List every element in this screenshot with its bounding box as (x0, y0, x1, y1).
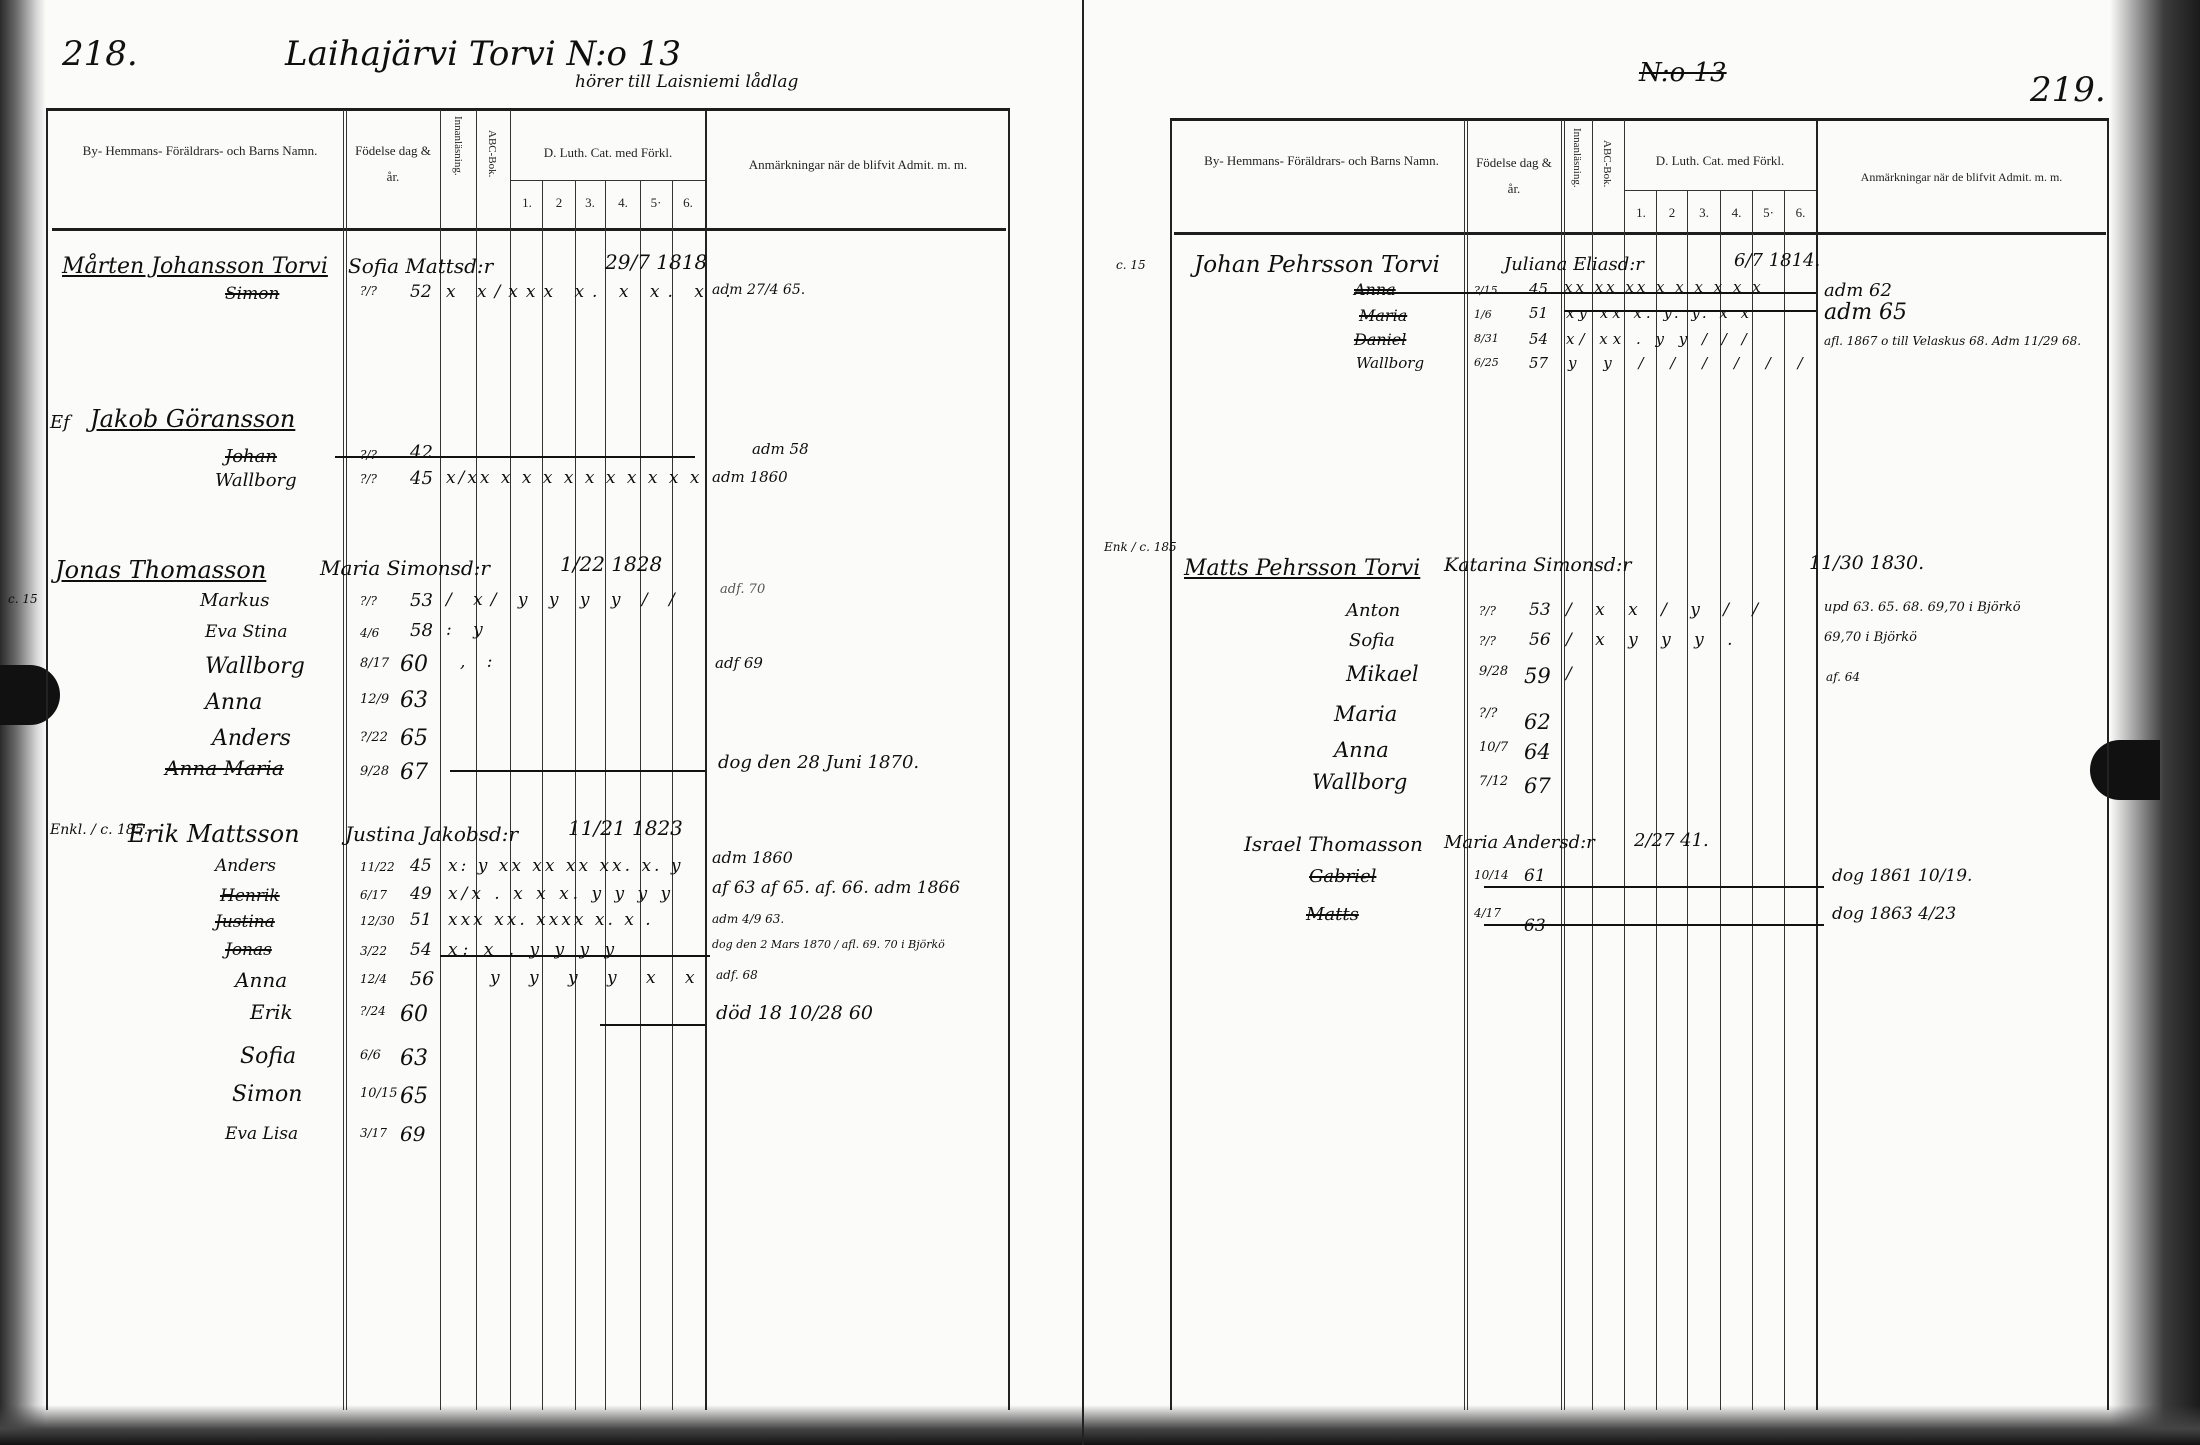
member-name: Maria (1334, 702, 1397, 726)
col-divider (605, 180, 606, 1410)
member-marks: y y y y x x (490, 968, 707, 988)
col-divider (705, 110, 707, 1410)
spouse-name: Juliana Eliasd:r (1504, 254, 1644, 275)
cat-part-6: 6. (673, 190, 703, 216)
col-header-birth: Födelse dag & år. (348, 138, 438, 190)
member-remark: adf. 68 (716, 968, 758, 982)
family-head: Israel Thomasson (1244, 832, 1423, 856)
member-birth-year: 65 (400, 1084, 428, 1109)
page-subtitle: hörer till Laisniemi lådlag (575, 72, 798, 92)
spouse-name: Maria Andersd:r (1444, 832, 1595, 853)
member-birth-year: 53 (1529, 600, 1551, 620)
col-header-name: By- Hemmans- Föräldrars- och Barns Namn. (1184, 148, 1459, 174)
col-header-name: By- Hemmans- Föräldrars- och Barns Namn. (60, 138, 340, 164)
col-header-abc: ABC-Bok. (486, 130, 498, 177)
member-remark: dog 1863 4/23 (1832, 904, 1956, 924)
member-birth-year: 45 (410, 468, 433, 489)
member-name: Anna (235, 968, 287, 992)
member-birth-day: ?/? (360, 472, 377, 486)
member-birth-year: 53 (410, 590, 433, 611)
member-marks: / x y y y . (1566, 630, 1742, 650)
member-name: Daniel (1354, 330, 1406, 349)
member-marks: x/ xx . y y / / / (1566, 330, 1752, 348)
member-name: Simon (225, 284, 279, 304)
member-birth-day: 12/4 (360, 972, 387, 986)
col-divider (1784, 190, 1785, 1410)
cat-part-6: 6. (1785, 200, 1816, 226)
member-birth-year: 67 (1524, 774, 1551, 798)
cat-part-4: 4. (607, 190, 639, 216)
member-remark: af. 64 (1826, 670, 1860, 684)
member-name: Wallborg (1356, 354, 1424, 372)
member-name: Henrik (220, 886, 280, 906)
member-name: Wallborg (215, 470, 297, 491)
member-birth-day: 6/17 (360, 888, 387, 902)
cat-part-3: 3. (576, 190, 604, 216)
col-divider (640, 180, 641, 1410)
member-birth-day: 4/17 (1474, 906, 1501, 920)
member-name: Anders (215, 856, 276, 876)
member-marks: : y (446, 620, 491, 640)
member-name: Sofia (1349, 630, 1395, 651)
family-head: Matts Pehrsson Torvi (1184, 556, 1420, 581)
header-top-rule (46, 108, 1010, 111)
member-name: Anna (1354, 280, 1396, 299)
member-birth-year: 56 (410, 968, 434, 990)
member-birth-year: 63 (1524, 916, 1546, 936)
member-birth-day: ?/22 (360, 730, 388, 745)
spouse-birth: 11/30 1830. (1809, 552, 1924, 574)
member-birth-year: 57 (1529, 354, 1548, 372)
margin-note: c. 15 (8, 592, 38, 606)
col-header-remarks: Anmärkningar när de blifvit Admit. m. m. (1819, 164, 2104, 190)
cat-part-5: 5· (1753, 200, 1784, 226)
member-name: Anton (1346, 600, 1400, 621)
member-birth-year: 45 (410, 856, 432, 876)
member-marks: x: y xx xx xx xx. x. y (448, 856, 683, 876)
member-remark: adm 65 (1824, 300, 1907, 325)
member-remark: adf 69 (715, 654, 763, 672)
member-birth-day: 1/6 (1474, 308, 1492, 321)
member-marks: x/x . x x x. y y y y (448, 884, 674, 904)
col-divider (346, 110, 347, 1410)
catechism-subrule (510, 180, 705, 181)
col-divider (440, 110, 441, 1410)
col-divider (476, 110, 477, 1410)
member-birth-day: 6/25 (1474, 356, 1499, 369)
member-birth-year: 56 (1529, 630, 1551, 650)
member-marks: x x/xxx x. x x. x . (446, 282, 739, 302)
member-name: Jonas (225, 940, 272, 960)
member-remark: dog 1861 10/19. (1832, 866, 1972, 886)
col-divider (1687, 190, 1688, 1410)
member-marks: xxx xx. xxxx x. x . (448, 910, 654, 930)
member-name: Wallborg (1312, 770, 1407, 794)
member-remark: dog den 28 Juni 1870. (718, 752, 919, 773)
member-birth-year: 52 (410, 282, 432, 302)
member-name: Eva Stina (205, 622, 288, 642)
cat-part-2: 2 (1657, 200, 1687, 226)
spouse-name: Sofia Mattsd:r (348, 254, 493, 278)
family-head: Erik Mattsson (128, 820, 300, 848)
family-head: Jonas Thomasson (55, 556, 266, 584)
member-remark: dog den 2 Mars 1870 / afl. 69. 70 i Björ… (712, 938, 945, 951)
member-birth-day: 10/7 (1479, 740, 1508, 755)
member-name: Markus (200, 590, 270, 611)
col-divider (1561, 120, 1562, 1410)
col-header-catechism: D. Luth. Cat. med Förkl. (512, 140, 704, 166)
col-header-catechism: D. Luth. Cat. med Förkl. (1626, 148, 1814, 174)
cat-part-1: 1. (1626, 200, 1656, 226)
cat-part-2: 2 (544, 190, 574, 216)
col-divider (510, 110, 511, 1410)
member-birth-day: ?/? (360, 448, 377, 462)
col-header-abc: ABC-Bok. (1601, 140, 1613, 187)
member-birth-day: ?/? (1479, 706, 1497, 721)
col-header-remarks: Anmärkningar när de blifvit Admit. m. m. (708, 152, 1008, 178)
strike-through (1484, 886, 1824, 888)
header-bottom-rule (52, 228, 1006, 231)
col-divider (1656, 190, 1657, 1410)
member-name: Erik (250, 1000, 293, 1024)
member-name: Mikael (1346, 662, 1419, 686)
strike-through (1484, 924, 1824, 926)
strike-through (1564, 310, 1816, 312)
member-name: Johan (225, 446, 277, 467)
member-birth-day: ?/? (360, 594, 377, 608)
member-birth-day: 8/31 (1474, 332, 1499, 345)
member-marks: y y / / / / / / (1568, 354, 1814, 372)
member-birth-day: 12/9 (360, 692, 389, 707)
member-marks: / x x / y / / (1566, 600, 1767, 620)
spouse-birth: 29/7 1818 (605, 250, 707, 274)
col-divider (343, 110, 344, 1410)
member-birth-year: 42 (410, 442, 433, 463)
page-title: N:o 13 (1639, 58, 1727, 88)
member-marks: x: x . y y y y (448, 940, 619, 960)
member-remark: upd 63. 65. 68. 69,70 i Björkö (1824, 600, 2021, 615)
spouse-name: Justina Jakobsd:r (345, 822, 518, 846)
member-name: Matts (1306, 904, 1359, 925)
member-remark: afl. 1867 o till Velaskus 68. Adm 11/29 … (1824, 334, 2081, 348)
member-birth-year: 69 (400, 1122, 425, 1146)
spouse-birth: 1/22 1828 (560, 552, 662, 576)
cat-part-4: 4. (1721, 200, 1752, 226)
member-birth-year: 63 (400, 688, 428, 713)
member-birth-year: 60 (400, 652, 428, 677)
spouse-birth: 6/7 1814. (1734, 250, 1820, 271)
cat-part-5: 5· (641, 190, 671, 216)
member-remark: adm 62 (1824, 280, 1892, 301)
col-divider (1720, 190, 1721, 1410)
member-birth-day: ?/? (1479, 604, 1496, 618)
member-remark: af 63 af 65. af. 66. adm 1866 (712, 878, 960, 898)
member-remark: adm 58 (752, 440, 809, 458)
right-page: N:o 13 219. By- Hemmans- Föräldrars- och… (1084, 0, 2200, 1445)
col-divider (575, 180, 576, 1410)
page-number: 218. (62, 34, 138, 74)
member-birth-day: 7/12 (1479, 774, 1508, 789)
col-divider (1752, 190, 1753, 1410)
member-birth-day: 6/6 (360, 1048, 381, 1063)
member-birth-year: 54 (1529, 330, 1548, 348)
member-birth-year: 45 (1529, 280, 1548, 298)
member-birth-day: 8/17 (360, 656, 389, 671)
member-birth-year: 67 (400, 760, 428, 785)
member-birth-year: 54 (410, 940, 432, 960)
member-remark: adf. 70 (720, 582, 765, 597)
member-birth-day: 4/6 (360, 626, 379, 640)
member-birth-day: 12/30 (360, 914, 395, 928)
member-remark: 69,70 i Björkö (1824, 630, 1917, 645)
header-bottom-rule (1174, 232, 2106, 235)
member-birth-day: 10/15 (360, 1086, 397, 1101)
member-remark: adm 4/9 63. (712, 912, 784, 926)
member-birth-year: 62 (1524, 710, 1551, 734)
strike-through (1354, 292, 1816, 294)
member-name: Simon (232, 1082, 302, 1107)
member-name: Eva Lisa (225, 1124, 298, 1144)
member-birth-year: 51 (410, 910, 432, 930)
catechism-subrule (1624, 190, 1816, 191)
member-birth-day: ?/? (360, 284, 377, 298)
col-divider (1564, 120, 1565, 1410)
left-page: 218. Laihajärvi Torvi N:o 13 hörer till … (0, 0, 1080, 1445)
col-header-birth: Födelse dag & år. (1469, 150, 1559, 202)
spouse-birth: 2/27 41. (1634, 830, 1709, 851)
member-birth-year: 51 (1529, 304, 1548, 322)
member-birth-year: 49 (410, 884, 432, 904)
margin-note: c. 15 (1116, 258, 1146, 272)
member-birth-year: 64 (1524, 740, 1551, 764)
strike-through (600, 1024, 705, 1026)
spouse-name: Maria Simonsd:r (320, 556, 490, 580)
member-birth-day: 3/22 (360, 944, 387, 958)
member-name: Anna (205, 690, 262, 715)
col-divider (542, 180, 543, 1410)
col-header-innanlasning: Innanläsning. (452, 116, 464, 176)
member-birth-year: 63 (400, 1046, 428, 1071)
member-birth-year: 60 (400, 1002, 428, 1027)
col-divider (672, 180, 673, 1410)
page-title: Laihajärvi Torvi N:o 13 (285, 34, 681, 74)
col-divider (1816, 120, 1818, 1410)
member-birth-year: 59 (1524, 664, 1551, 688)
member-birth-day: ?/? (1479, 634, 1496, 648)
member-birth-day: 3/17 (360, 1126, 387, 1140)
member-marks: xy xx x. y. y. x x (1566, 304, 1753, 322)
member-remark: adm 1860 (712, 848, 793, 867)
member-marks: , : (460, 652, 501, 672)
member-name: Maria (1359, 306, 1407, 325)
strike-through (450, 770, 705, 772)
member-birth-year: 65 (400, 726, 428, 751)
member-marks: / (1566, 664, 1580, 684)
col-header-innanlasning: Innanläsning. (1571, 128, 1583, 188)
member-name: Wallborg (205, 654, 305, 679)
member-name: Anna Maria (165, 756, 284, 780)
member-birth-day: ?/15 (1474, 284, 1498, 297)
member-name: Gabriel (1309, 866, 1376, 887)
member-birth-day: 9/28 (360, 764, 389, 779)
strike-through (335, 456, 695, 458)
member-name: Sofia (240, 1044, 296, 1069)
family-head: Mårten Johansson Torvi (62, 254, 328, 279)
member-birth-day: 10/14 (1474, 868, 1509, 882)
spouse-birth: 11/21 1823 (568, 816, 683, 840)
member-birth-year: 58 (410, 620, 433, 641)
member-name: Anders (212, 726, 291, 751)
member-name: Justina (215, 912, 275, 932)
member-marks: / x/ y y y y / / (446, 590, 683, 610)
strike-through (440, 955, 710, 957)
col-divider (1464, 120, 1465, 1410)
member-remark: död 18 10/28 60 (716, 1002, 873, 1024)
family-head: Jakob Göransson (90, 405, 295, 433)
member-remark: adm 27/4 65. (712, 282, 805, 298)
spouse-name: Katarina Simonsd:r (1444, 554, 1631, 576)
cat-part-1: 1. (512, 190, 542, 216)
member-name: Anna (1334, 738, 1389, 762)
member-birth-year: 61 (1524, 866, 1546, 886)
margin-note: Enk / c. 185 (1104, 540, 1177, 554)
member-birth-day: 11/22 (360, 860, 395, 874)
member-birth-day: 9/28 (1479, 664, 1508, 679)
page-number: 219. (2030, 70, 2106, 110)
col-divider (1467, 120, 1468, 1410)
family-head: Johan Pehrsson Torvi (1194, 252, 1440, 278)
member-birth-day: ?/24 (360, 1004, 386, 1018)
cat-part-3: 3. (1688, 200, 1720, 226)
member-remark: adm 1860 (712, 468, 788, 486)
member-marks: x/xx x x x x x x x x x x (446, 468, 702, 488)
margin-note: Ef (50, 412, 70, 433)
header-top-rule (1170, 118, 2109, 121)
